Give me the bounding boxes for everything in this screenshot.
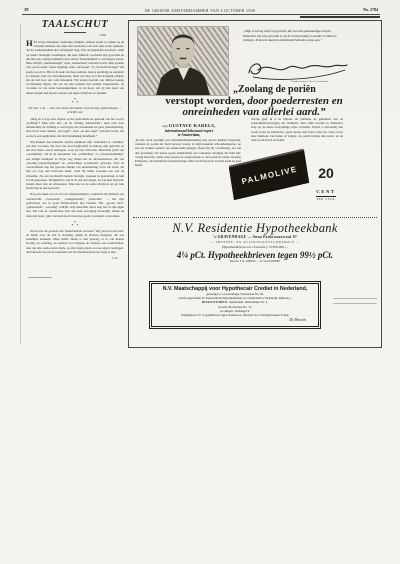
- residentie-hypotheekbank-ad: N.V. Residentie Hypotheekbank ’s-GRAVENH…: [129, 222, 381, 264]
- section-separator: ** *: [26, 221, 124, 227]
- header-rule: [22, 14, 380, 15]
- dotted-divider: [133, 217, 377, 218]
- page-number: 18: [24, 7, 29, 12]
- pandbrieven-offer: Verkrijgbaar: 4½ % pandbrieven tegen beu…: [155, 313, 315, 317]
- article-installment-number: LXIII: [26, 34, 124, 38]
- palmolive-advertisement: „Mijn ervaring heeft mij geleerd, dat va…: [128, 20, 382, 348]
- palmolive-soap-package: PALMOLIVE: [229, 151, 308, 200]
- paragraph-text: ET moge misschien overbodig schijnen, te…: [26, 40, 124, 95]
- testimonial-attribution: zegt GUSTAVE KARELS, internationaal bekr…: [133, 121, 245, 138]
- article-paragraph: HET moge misschien overbodig schijnen, t…: [26, 40, 124, 95]
- header-rule-segment: [300, 16, 380, 18]
- ad-headline: „Zoolang de poriën verstopt worden, door…: [135, 84, 373, 119]
- taalschut-article: TAALSCHUT LXIII HET moge misschien overb…: [26, 19, 124, 260]
- newspaper-page: 18 DE GROENE AMSTERDAMMER VAN 4 OCTOBER …: [0, 0, 400, 564]
- issue-number: No. 2784: [363, 7, 378, 12]
- page-edge-shadow: [20, 24, 21, 344]
- article-paragraph: Wordt dan dit geslacht het Nederlandsch …: [26, 229, 124, 254]
- article-paragraph: Nog een enkel woord over de samenstellin…: [26, 192, 124, 217]
- rate-line: 4¼ pCt. Hypotheekbrieven tegen 99½ pCt.: [129, 250, 381, 261]
- masthead-running-title: DE GROENE AMSTERDAMMER VAN 4 OCTOBER 193…: [60, 8, 340, 13]
- directors-line: Directie: F. H. ABBING — D. VAN DOBBEN: [129, 260, 381, 264]
- bank-name: N.V. Residentie Hypotheekbank: [129, 222, 381, 235]
- article-paragraph: Wij kunnen den inzender slechts dankbaar…: [26, 140, 124, 191]
- price-number: 20: [307, 167, 345, 180]
- drop-cap: H: [26, 40, 34, 48]
- article-title: TAALSCHUT: [26, 19, 124, 30]
- scan-smudge: [28, 277, 52, 278]
- ad-body-right-column: Tevens geef ik u in olijven- en palmolie…: [251, 117, 343, 142]
- reader-letter-intro: De heer v. D. — die ons reeds meermalen …: [26, 106, 124, 115]
- headline-line-1: „Zoolang de poriën: [135, 84, 373, 95]
- ad-body-left-column: „Ik heb nooit moeilijk een schoonheidsbe…: [135, 138, 241, 167]
- testimonial-quote: „Mijn ervaring heeft mij geleerd, dat va…: [243, 29, 343, 43]
- scan-artifact-line: [333, 298, 377, 299]
- signature-caption: Handteekening G. Karels, Amsterdam.: [265, 80, 355, 83]
- article-paragraph: „Mag ik u nog eens wijzen op het gedacht…: [26, 117, 124, 138]
- price-unit: CENT: [316, 189, 335, 197]
- karels-signature: [241, 59, 353, 81]
- section-separator: ** *: [26, 98, 124, 104]
- directie-signature: De Directie.: [155, 318, 315, 323]
- price-block: 20 CENT PER STUK: [307, 167, 345, 202]
- scan-artifact-line: [333, 303, 377, 304]
- hypothecair-crediet-ad-box: N.V. Maatschappij voor Hypothecair Credi…: [151, 283, 319, 327]
- article-author-initials: C. K.: [26, 256, 124, 260]
- title-divider: [64, 32, 86, 33]
- price-per-piece: PER STUK: [307, 198, 345, 202]
